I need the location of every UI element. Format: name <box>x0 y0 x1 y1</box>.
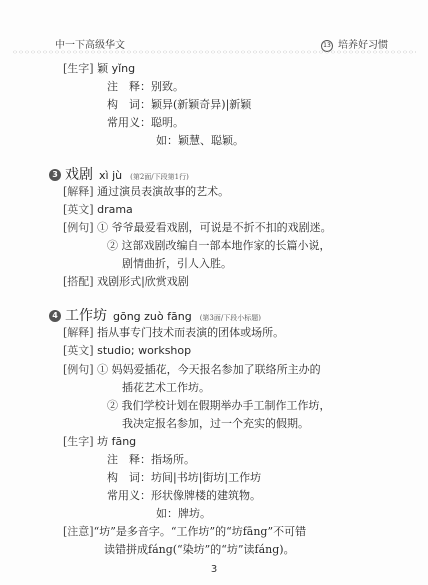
shengzi-char: 坊 <box>97 435 108 448</box>
header-divider <box>12 49 416 55</box>
shengzi-char: 颖 <box>97 62 108 75</box>
yingwen-tag: [英文] <box>63 344 94 357</box>
gouci-text: 颖异(新颖奇异)|新颖 <box>151 98 251 111</box>
shengzi-fang-row: [生字] 坊 fāng <box>63 435 136 449</box>
changyong-row: 常用义：聪明。 <box>107 116 184 130</box>
yingwen-text: drama <box>97 203 133 216</box>
entry-3-title: 3戏剧xì jù(第2面/下段第1行) <box>49 164 189 184</box>
yingwen-text: studio; workshop <box>97 344 191 357</box>
note-tag: [注意] <box>63 525 94 538</box>
note-row-1: [注意]“坊”是多音字。“工作坊”的“坊fāng”不可错 <box>63 525 306 539</box>
zhushi-text: 别致。 <box>151 80 184 93</box>
shengzi-pinyin: fāng <box>112 435 137 448</box>
liju-row-1: [例句] ① 妈妈爱插花，今天报名参加了联络所主办的 <box>63 363 321 377</box>
jieshi-row: [解释] 通过演员表演故事的艺术。 <box>63 185 229 199</box>
entry-pinyin: xì jù <box>99 169 122 182</box>
shengzi-pinyin: yǐng <box>112 62 136 75</box>
liju-row-1: [例句] ① 爷爷最爱看戏剧，可说是不折不扣的戏剧迷。 <box>63 221 332 235</box>
entry-pinyin: gōng zuò fāng <box>113 310 192 323</box>
liju-row-2: ② 我们学校计划在假期举办手工制作工作坊， <box>107 399 331 413</box>
jieshi-tag: [解释] <box>63 326 94 339</box>
gouci-label: 构 词： <box>107 98 151 111</box>
changyong-row: 常用义：形状像牌楼的建筑物。 <box>107 489 261 503</box>
yingwen-tag: [英文] <box>63 203 94 216</box>
zhushi-label: 注 释： <box>107 80 151 93</box>
shengzi-tag: [生字] <box>63 435 94 448</box>
jieshi-text: 指从事专门技术而表演的团体或场所。 <box>97 326 284 339</box>
gouci-row: 构 词：颖异(新颖奇异)|新颖 <box>107 98 251 112</box>
jieshi-tag: [解释] <box>63 185 94 198</box>
note-row-2: 读错拼成fáng(“染坊”的“坊”读fáng)。 <box>104 543 295 557</box>
yingwen-row: [英文] drama <box>63 203 133 217</box>
entry-word: 戏剧 <box>65 167 93 183</box>
zhushi-row: 注 释：指场所。 <box>107 453 195 467</box>
shengzi-tag: [生字] <box>63 62 94 75</box>
liju-tag: [例句] <box>63 363 94 376</box>
ru-row: 如：牌坊。 <box>156 507 211 521</box>
jieshi-row: [解释] 指从事专门技术而表演的团体或场所。 <box>63 326 284 340</box>
liju-sentence-1: ① 妈妈爱插花，今天报名参加了联络所主办的 <box>97 363 321 376</box>
liju-row-2-cont: 剧情曲折，引人入胜。 <box>122 257 232 271</box>
liju-row-2-cont: 我决定报名参加，过一个充实的假期。 <box>122 417 309 431</box>
entry-location: (第3面/下段小标题) <box>200 314 261 322</box>
page-number: 3 <box>0 564 428 575</box>
zhushi-label: 注 释： <box>107 453 151 466</box>
zhushi-row: 注 释：别致。 <box>107 80 184 94</box>
changyong-text: 聪明。 <box>151 116 184 129</box>
dapei-tag: [搭配] <box>63 275 94 288</box>
entry-word: 工作坊 <box>65 308 107 324</box>
changyong-text: 形状像牌楼的建筑物。 <box>151 489 261 502</box>
ru-row: 如：颖慧、聪颖。 <box>156 134 244 148</box>
changyong-label: 常用义： <box>107 489 151 502</box>
dapei-row: [搭配] 戏剧形式|欣赏戏剧 <box>63 275 189 289</box>
liju-sentence-1: ① 爷爷最爱看戏剧，可说是不折不扣的戏剧迷。 <box>97 221 332 234</box>
entry-4-title: 4工作坊gōng zuò fāng(第3面/下段小标题) <box>49 305 261 325</box>
gouci-text: 坊间|书坊|街坊|工作坊 <box>151 471 261 484</box>
jieshi-text: 通过演员表演故事的艺术。 <box>97 185 229 198</box>
entry-number-badge: 3 <box>49 169 61 181</box>
shengzi-ying-row: [生字] 颖 yǐng <box>63 62 135 76</box>
gouci-row: 构 词：坊间|书坊|街坊|工作坊 <box>107 471 261 485</box>
entry-location: (第2面/下段第1行) <box>130 173 189 181</box>
changyong-label: 常用义： <box>107 116 151 129</box>
liju-tag: [例句] <box>63 221 94 234</box>
yingwen-row: [英文] studio; workshop <box>63 344 191 358</box>
liju-row-1-cont: 插花艺术工作坊。 <box>122 381 210 395</box>
dapei-text: 戏剧形式|欣赏戏剧 <box>97 275 189 288</box>
zhushi-text: 指场所。 <box>151 453 195 466</box>
gouci-label: 构 词： <box>107 471 151 484</box>
note-text-1: “坊”是多音字。“工作坊”的“坊fāng”不可错 <box>94 525 307 538</box>
liju-row-2: ② 这部戏剧改编自一部本地作家的长篇小说， <box>107 239 331 253</box>
entry-number-badge: 4 <box>49 310 61 322</box>
